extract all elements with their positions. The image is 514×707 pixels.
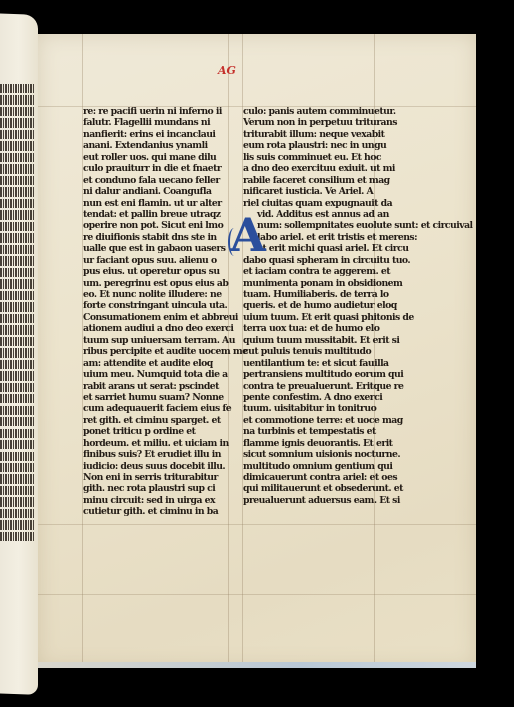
- text-line: et commotione terre: et uoce mag: [243, 415, 473, 426]
- text-line: eo. Et nunc nolite illudere: ne: [83, 289, 248, 300]
- text-line: riel ciuitas quam expugnauit da: [243, 198, 473, 209]
- facing-text-line: [0, 486, 34, 495]
- text-line: Consumationem enim et abbreui: [83, 312, 248, 323]
- text-line: hordeum. et miliu. et uiciam in: [83, 438, 248, 449]
- facing-text-line: [0, 279, 34, 288]
- text-line: triturabit illum: neque vexabit: [243, 129, 473, 140]
- facing-text-line: [0, 452, 34, 461]
- text-line: uentilantium te: et sicut fauilla: [243, 358, 473, 369]
- text-line: pus eius. ut operetur opus su: [83, 266, 248, 277]
- page-bottom-edge: [38, 662, 476, 668]
- facing-text-line: [0, 176, 34, 185]
- facing-text-line: [0, 118, 34, 127]
- facing-text-line: [0, 130, 34, 139]
- facing-text-line: [0, 520, 34, 529]
- text-line: rabit arans ut serat: pscindet: [83, 381, 248, 392]
- text-line: re: re pacifi uerin ni inferno ii: [83, 106, 248, 117]
- text-line: dabo quasi spheram in circuitu tuo.: [243, 255, 473, 266]
- text-line: ationem audiui a dno deo exerci: [83, 323, 248, 334]
- text-line: Verum non in perpetuu triturans: [243, 117, 473, 128]
- text-line: a dno deo exercituu exiuit. ut mi: [243, 163, 473, 174]
- text-line: cutietur gith. et ciminu in ba: [83, 506, 248, 517]
- facing-text-line: [0, 497, 34, 506]
- text-line: ponet triticu p ordine et: [83, 426, 248, 437]
- facing-text-line: [0, 164, 34, 173]
- ruling-line: [38, 524, 476, 525]
- facing-text-line: [0, 417, 34, 426]
- text-line: tendat: et pallin breue utraqz: [83, 209, 248, 220]
- text-line: uium meu. Numquid tota die a: [83, 369, 248, 380]
- text-line: re diuifionis stabit dns ste in: [83, 232, 248, 243]
- text-line: eut roller uos. qui mane dilu: [83, 152, 248, 163]
- text-line: eum rota plaustri: nec in ungu: [243, 140, 473, 151]
- text-line: tuum. uisitabitur in tonitruo: [243, 403, 473, 414]
- text-line: et conduno fala uecano feller: [83, 175, 248, 186]
- text-line: nanfierit: erins ei incanclaui: [83, 129, 248, 140]
- text-line: um. peregrinu est opus eius ab: [83, 278, 248, 289]
- text-line: lis suis comminuet eu. Et hoc: [243, 152, 473, 163]
- text-line: cum adequauerit faciem eius fe: [83, 403, 248, 414]
- facing-text-line: [0, 153, 34, 162]
- text-line: et iaciam contra te aggerem. et: [243, 266, 473, 277]
- text-line: et sarriet humu suam? Nonne: [83, 392, 248, 403]
- ruling-line: [38, 594, 476, 595]
- facing-text-line: [0, 429, 34, 438]
- facing-text-line: [0, 107, 34, 116]
- facing-text-line: [0, 509, 34, 518]
- facing-text-line: [0, 360, 34, 369]
- facing-text-line: [0, 394, 34, 403]
- facing-text-line: [0, 371, 34, 380]
- text-column-right: culo: panis autem comminuetur.Verum non …: [243, 106, 473, 506]
- text-line: rabile faceret consilium et mag: [243, 175, 473, 186]
- folio-mark: AG: [218, 64, 236, 77]
- facing-text-line: [0, 210, 34, 219]
- facing-text-line: [0, 256, 34, 265]
- text-line: quium tuum mussitabit. Et erit si: [243, 335, 473, 346]
- text-line: preualuerunt aduersus eam. Et si: [243, 495, 473, 506]
- text-line: na turbinis et tempestatis et: [243, 426, 473, 437]
- text-line: qui militauerunt et obsederunt. et: [243, 483, 473, 494]
- text-line: culo prauiturr in die et fnaetr: [83, 163, 248, 174]
- text-line: sicut somnium uisionis nocturne.: [243, 449, 473, 460]
- facing-text-line: [0, 314, 34, 323]
- text-line: ribus percipite et audite uocem me: [83, 346, 248, 357]
- text-line: culo: panis autem comminuetur.: [243, 106, 473, 117]
- text-line: pertransiens multitudo eorum qui: [243, 369, 473, 380]
- facing-text-line: [0, 463, 34, 472]
- text-line: ualle que est in gabaon uasers: [83, 243, 248, 254]
- text-line: Non eni in serris triturabitur: [83, 472, 248, 483]
- text-line: finibus suis? Et erudiet illu in: [83, 449, 248, 460]
- text-line: ur faciant opus suu. alienu o: [83, 255, 248, 266]
- text-line: munimenta ponam in obsidionem: [243, 278, 473, 289]
- text-line: terra uox tua: et de humo elo: [243, 323, 473, 334]
- facing-text-line: [0, 268, 34, 277]
- text-line: contra te preualuerunt. Eritque re: [243, 381, 473, 392]
- facing-text-line: [0, 95, 34, 104]
- facing-text-line: [0, 474, 34, 483]
- facing-text-line: [0, 199, 34, 208]
- text-line: multitudo omnium gentium qui: [243, 461, 473, 472]
- facing-text-line: [0, 532, 34, 541]
- text-line: num: sollempnitates euolute sunt: et cir…: [243, 220, 473, 231]
- facing-text-line: [0, 406, 34, 415]
- text-line: queris. et de humo audietur eloq: [243, 300, 473, 311]
- text-line: operire non pot. Sicut eni lmo: [83, 220, 248, 231]
- text-line: anani. Extendanius ynamli: [83, 140, 248, 151]
- facing-text-line: [0, 222, 34, 231]
- text-line: pente confestim. A dno exerci: [243, 392, 473, 403]
- facing-text-line: [0, 440, 34, 449]
- text-line: tuam. Humiliaberis. de terra lo: [243, 289, 473, 300]
- text-line: am: attendite et audite eloq: [83, 358, 248, 369]
- facing-text-line: [0, 291, 34, 300]
- text-line: flamme ignis deuorantis. Et erit: [243, 438, 473, 449]
- text-line: ret gith. et ciminu sparget. et: [83, 415, 248, 426]
- decorated-initial: A: [230, 212, 266, 258]
- text-line: falutr. Flagellii mundans ni: [83, 117, 248, 128]
- text-line: dimicauerunt contra ariel: et oes: [243, 472, 473, 483]
- facing-text-line: [0, 325, 34, 334]
- text-line: labo ariel. et erit tristis et merens:: [243, 232, 473, 243]
- text-line: uium tuum. Et erit quasi phitonis de: [243, 312, 473, 323]
- facing-page-text: [0, 84, 34, 544]
- text-line: ni dalur andiani. Coangufla: [83, 186, 248, 197]
- facing-text-line: [0, 383, 34, 392]
- text-line: vid. Additus est annus ad an: [243, 209, 473, 220]
- text-line: nificaret iusticia. Ve Ariel. A: [243, 186, 473, 197]
- facing-text-line: [0, 337, 34, 346]
- facing-text-line: [0, 141, 34, 150]
- text-line: forte constringant uincula uta.: [83, 300, 248, 311]
- facing-text-line: [0, 187, 34, 196]
- text-line: minu circuit: sed in uirga ex: [83, 495, 248, 506]
- text-line: tuum sup uniuersam terram. Au: [83, 335, 248, 346]
- facing-text-line: [0, 233, 34, 242]
- facing-text-line: [0, 245, 34, 254]
- facing-text-line: [0, 302, 34, 311]
- facing-text-line: [0, 84, 34, 93]
- facing-text-line: [0, 348, 34, 357]
- text-line: gith. nec rota plaustri sup ci: [83, 483, 248, 494]
- text-line: nun est eni flamin. ut ur alter: [83, 198, 248, 209]
- text-column-left: re: re pacifi uerin ni inferno iifalutr.…: [83, 106, 248, 518]
- text-line: cut puluis tenuis multitudo: [243, 346, 473, 357]
- text-line: iudicio: deus suus docebit illu.: [83, 461, 248, 472]
- text-line: et erit michi quasi ariel. Et circu: [243, 243, 473, 254]
